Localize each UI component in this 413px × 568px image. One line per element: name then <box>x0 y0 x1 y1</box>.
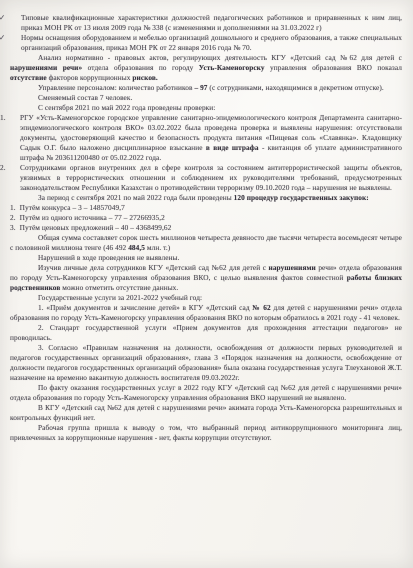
body-text: За период с сентября 2021 по май 2022 го… <box>38 193 234 202</box>
body-text: Путём конкурса – 3 – 14857049,7 <box>20 203 125 212</box>
body-text: Типовые квалификационные характеристики … <box>21 13 402 32</box>
body-text: 3. Согласно «Правилам назначения на долж… <box>10 343 402 382</box>
check-item-equipment-norms-order: ✓Нормы оснащения оборудованием и мебелью… <box>10 33 402 53</box>
document-page: ✓Типовые квалификационные характеристики… <box>0 0 413 568</box>
emphasized-text: нарушениями речи» <box>10 63 82 72</box>
body-text: Путём из одного источника – 77 – 2726693… <box>20 213 165 222</box>
emphasized-text: Усть-Каменогорску <box>199 63 265 72</box>
paragraph-personnel: Управление персоналом: количество работн… <box>10 83 402 93</box>
list-number-marker: 1. <box>10 203 16 213</box>
body-text: факторов коррупционных <box>47 73 133 82</box>
paragraph-no-control-functions: В КГУ «Детский сад №62 для детей с наруш… <box>10 403 402 423</box>
paragraph-service-appointment: 3. Согласно «Правилам назначения на долж… <box>10 343 402 383</box>
body-text: отдела образования по городу <box>82 63 199 72</box>
body-text: Общая сумма составляет сорок шесть милли… <box>10 233 402 252</box>
emphasized-text: 484,5 <box>128 243 145 252</box>
body-text: В КГУ «Детский сад №62 для детей с наруш… <box>10 403 402 422</box>
paragraph-legal-analysis: Анализ нормативно - правовых актов, регу… <box>10 53 402 83</box>
list-number-marker: 2. <box>10 163 20 173</box>
body-text: Нормы оснащения оборудованием и мебелью … <box>21 33 402 52</box>
body-text: управления образования ВКО показал <box>265 63 402 72</box>
procurement-item-tender: 1.Путём конкурса – 3 – 14857049,7 <box>10 203 402 213</box>
emphasized-text: отсутствие <box>10 73 47 82</box>
emphasized-text: 120 процедур государственных закупок: <box>234 193 369 202</box>
check-bullet-icon: ✓ <box>10 13 21 23</box>
procurement-item-price-offers: 3.Путём ценовых предложений – 40 – 43684… <box>10 223 402 233</box>
body-text: 2. Стандарт государственной услуги «Прие… <box>10 323 402 342</box>
body-text: Нарушений в ходе проведения не выявлены. <box>38 253 179 262</box>
paragraph-service-admission: 1. «Приём документов и зачисление детей»… <box>10 303 402 323</box>
list-number-marker: 2. <box>10 213 16 223</box>
body-text: Сменяемый состав 7 человек. <box>38 93 132 102</box>
paragraph-total-sum: Общая сумма составляет сорок шесть милли… <box>10 233 402 253</box>
body-text: 1. «Приём документов и зачисление детей»… <box>38 303 252 312</box>
paragraph-no-violations-procurement: Нарушений в ходе проведения не выявлены. <box>10 253 402 263</box>
paragraph-procurement-intro: За период с сентября 2021 по май 2022 го… <box>10 193 402 203</box>
body-text: (с сотрудниками, находящимися в декретно… <box>208 83 384 92</box>
body-text: Изучив личные дела сотрудников КГУ «Детс… <box>38 263 269 272</box>
body-text: Государственные услуги за 2021-2022 учеб… <box>38 293 202 302</box>
numbered-item-antiterror-inspection: 2.Сотрудниками органов внутренних дел в … <box>10 163 402 193</box>
body-text: млн. т.) <box>145 243 170 252</box>
body-text: Путём ценовых предложений – 40 – 4368499… <box>20 223 172 232</box>
body-text: Управление персоналом: количество работн… <box>38 83 194 92</box>
paragraph-service-attestation: 2. Стандарт государственной услуги «Прие… <box>10 323 402 343</box>
body-text: Рабочая группа пришла к выводу о том, чт… <box>10 423 402 442</box>
body-text: Анализ нормативно - правовых актов, регу… <box>38 53 402 62</box>
body-text: Сотрудниками органов внутренних дел в сф… <box>20 163 402 192</box>
paragraph-state-services-intro: Государственные услуги за 2021-2022 учеб… <box>10 293 402 303</box>
procurement-item-single-source: 2.Путём из одного источника – 77 – 27266… <box>10 213 402 223</box>
paragraph-personal-files: Изучив личные дела сотрудников КГУ «Детс… <box>10 263 402 293</box>
emphasized-text: нарушениями <box>269 263 316 272</box>
paragraph-inspections-intro: С сентября 2021 по май 2022 года проведе… <box>10 103 402 113</box>
body-text: можно отметить отсутствие данных. <box>60 283 178 292</box>
check-item-qualification-order: ✓Типовые квалификационные характеристики… <box>10 13 402 33</box>
paragraph-working-group-conclusion: Рабочая группа пришла к выводу о том, чт… <box>10 423 402 443</box>
emphasized-text: – 97 <box>194 83 207 92</box>
body-text: С сентября 2021 по май 2022 года проведе… <box>38 103 215 112</box>
paragraph-turnover: Сменяемый состав 7 человек. <box>10 93 402 103</box>
paragraph-services-no-violations: По факту оказания государственных услуг … <box>10 383 402 403</box>
emphasized-text: в виде штрафа <box>206 143 259 152</box>
emphasized-text: рисков. <box>132 73 157 82</box>
list-number-marker: 1. <box>10 113 20 123</box>
emphasized-text: № 62 <box>252 303 270 312</box>
list-number-marker: 3. <box>10 223 16 233</box>
body-text: По факту оказания государственных услуг … <box>10 383 402 402</box>
check-bullet-icon: ✓ <box>10 33 21 43</box>
numbered-item-sanitary-inspection: 1.РГУ «Усть-Каменогорское городское упра… <box>10 113 402 163</box>
